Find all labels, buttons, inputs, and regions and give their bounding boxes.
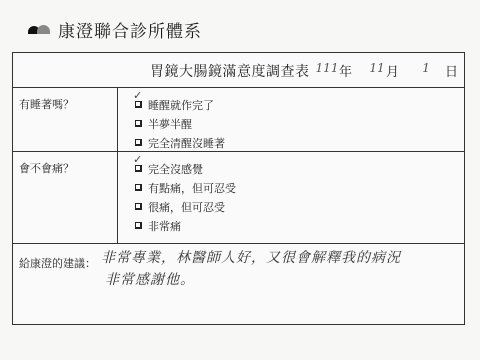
- option-item[interactable]: ✓ 睡醒就作完了: [135, 95, 225, 114]
- option-label: 睡醒就作完了: [148, 97, 214, 113]
- month-unit: 月: [386, 61, 399, 80]
- option-label: 完全清醒沒睡著: [148, 135, 225, 151]
- option-label: 非常痛: [148, 218, 181, 234]
- option-label: 完全沒感覺: [148, 161, 203, 177]
- checkbox-icon[interactable]: [135, 203, 142, 210]
- suggestion-handwriting[interactable]: 非常專業，林醫師人好，又很會解釋我的病況 非常感謝他。: [101, 247, 401, 291]
- form-title-row: 胃鏡大腸鏡滿意度調查表 111 年 11 月 1 日: [13, 53, 464, 88]
- question-label-cell: 有睡著嗎？: [13, 87, 118, 151]
- clinic-logo-icon: [28, 23, 50, 35]
- checkbox-icon[interactable]: [135, 139, 142, 146]
- option-item[interactable]: ✓ 完全沒感覺: [135, 159, 236, 178]
- survey-form: 胃鏡大腸鏡滿意度調查表 111 年 11 月 1 日 有睡著嗎？ ✓ 睡醒就作完…: [12, 52, 465, 325]
- year-value: 111: [315, 61, 339, 80]
- suggestion-line-1: 非常專業，林醫師人好，又很會解釋我的病況: [101, 247, 401, 269]
- option-label: 半夢半醒: [148, 116, 192, 132]
- checkbox-icon[interactable]: [135, 101, 142, 108]
- option-item[interactable]: 有點痛，但可忍受: [135, 178, 236, 197]
- suggestion-row: 給康澄的建議： 非常專業，林醫師人好，又很會解釋我的病況 非常感謝他。: [13, 243, 464, 324]
- option-label: 很痛，但可忍受: [148, 199, 225, 215]
- option-group: ✓ 睡醒就作完了 半夢半醒 完全清醒沒睡著: [135, 95, 225, 152]
- form-date: 111 年 11 月 1 日: [315, 61, 458, 80]
- option-item[interactable]: 半夢半醒: [135, 114, 225, 133]
- page-header: 康澄聯合診所體系: [28, 16, 202, 42]
- org-name: 康澄聯合診所體系: [58, 17, 202, 42]
- day-unit: 日: [445, 61, 458, 80]
- question-label: 有睡著嗎？: [19, 96, 74, 112]
- checkbox-icon[interactable]: [135, 120, 142, 127]
- question-row-pain: 會不會痛？ ✓ 完全沒感覺 有點痛，但可忍受 很痛，但可忍受 非常痛: [13, 151, 464, 244]
- question-row-sleep: 有睡著嗎？ ✓ 睡醒就作完了 半夢半醒 完全清醒沒睡著: [13, 87, 464, 152]
- form-title: 胃鏡大腸鏡滿意度調查表: [150, 61, 310, 81]
- option-item[interactable]: 完全清醒沒睡著: [135, 133, 225, 152]
- option-label: 有點痛，但可忍受: [148, 180, 236, 196]
- option-item[interactable]: 非常痛: [135, 216, 236, 235]
- question-label-cell: 會不會痛？: [13, 151, 118, 243]
- option-item[interactable]: 很痛，但可忍受: [135, 197, 236, 216]
- check-mark-icon: ✓: [133, 89, 142, 102]
- question-label: 會不會痛？: [19, 160, 74, 176]
- year-unit: 年: [339, 61, 352, 80]
- month-value: 11: [368, 61, 386, 80]
- suggestion-line-2: 非常感謝他。: [101, 269, 401, 291]
- checkbox-icon[interactable]: [135, 222, 142, 229]
- day-value: 1: [419, 61, 433, 80]
- suggestion-label: 給康澄的建議：: [19, 255, 96, 271]
- option-group: ✓ 完全沒感覺 有點痛，但可忍受 很痛，但可忍受 非常痛: [135, 159, 236, 235]
- checkbox-icon[interactable]: [135, 165, 142, 172]
- check-mark-icon: ✓: [133, 153, 142, 166]
- checkbox-icon[interactable]: [135, 184, 142, 191]
